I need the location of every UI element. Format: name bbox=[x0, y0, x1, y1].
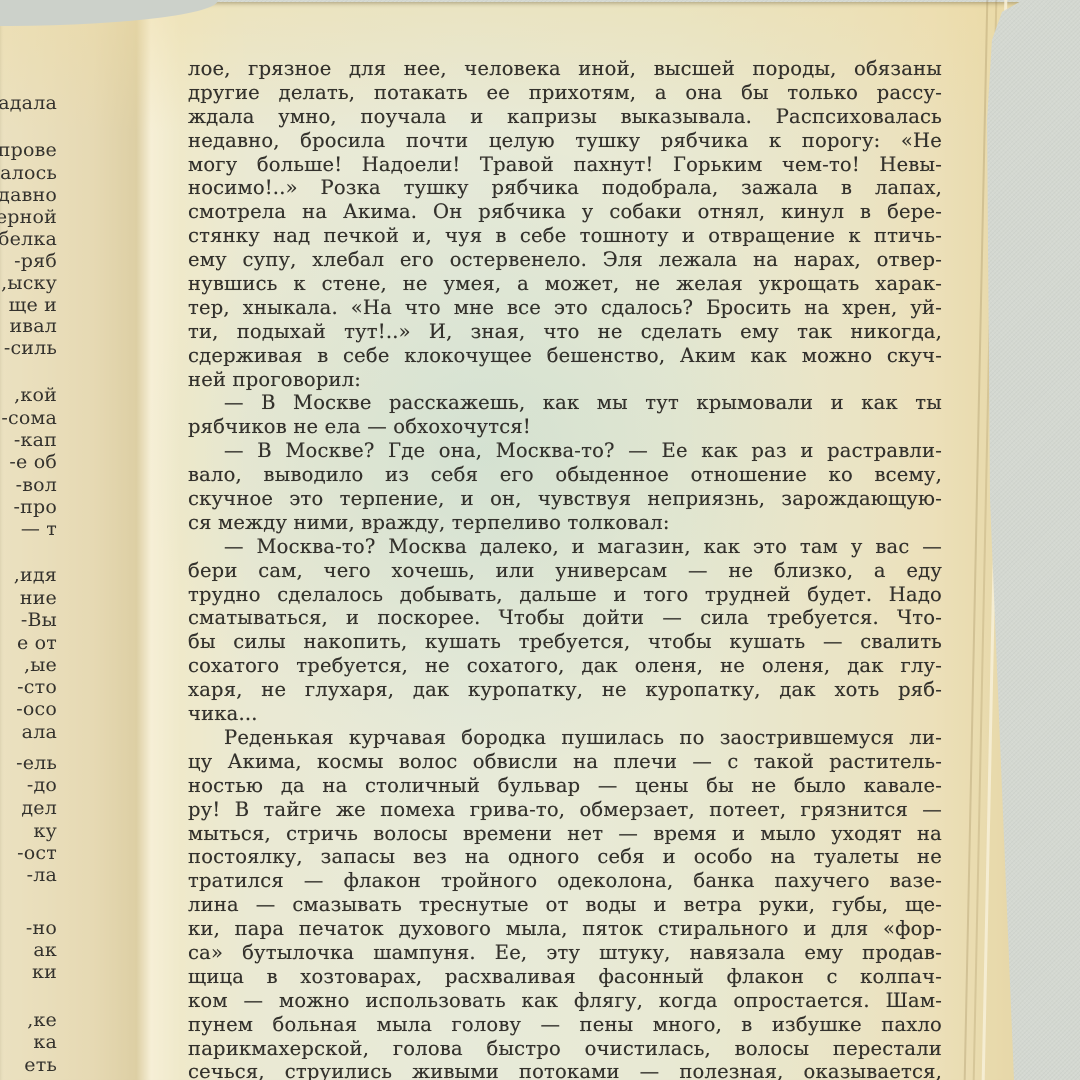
text-line-fragment: про- bbox=[0, 496, 57, 518]
text-line-fragment: т — bbox=[0, 518, 57, 540]
text-line: харя, не глухаря, дак куропатку, не куро… bbox=[188, 678, 942, 702]
text-line: пунем больная мыла голову — пены много, … bbox=[188, 1013, 942, 1037]
text-line: ти, подыхай тут!..» И, зная, что не сдел… bbox=[188, 320, 942, 344]
text-line: цу Акима, космы волос обвисли на плечи —… bbox=[188, 750, 942, 774]
text-line: лое, грязное для нее, человека иной, выс… bbox=[188, 57, 942, 81]
text-line-fragment: идя, bbox=[0, 564, 57, 586]
text-line: сдерживая в себе клокочущее бешенство, А… bbox=[188, 344, 942, 368]
text-line: трудно сделалось добывать, дальше и того… bbox=[188, 583, 942, 607]
text-line: носимо!..» Розка тушку рябчика подобрала… bbox=[188, 176, 942, 200]
text-line-fragment: ост- bbox=[0, 842, 57, 864]
text-line: тер, хныкала. «На что мне все это сдалос… bbox=[188, 296, 942, 320]
text-line-fragment: еть bbox=[0, 1054, 57, 1076]
text-line: са» бутылочка шампуня. Ее, эту штуку, на… bbox=[188, 941, 942, 965]
text-line-fragment: ка bbox=[0, 1031, 57, 1053]
text-line: чика... bbox=[188, 702, 942, 726]
text-line-fragment: кой, bbox=[0, 384, 57, 406]
text-line-fragment: ла- bbox=[0, 864, 57, 886]
text-line-fragment: ряб- bbox=[0, 250, 57, 272]
text-line: щица в хозтоварах, расхваливая фасонный … bbox=[188, 965, 942, 989]
text-line-fragment: е об- bbox=[0, 451, 57, 473]
text-line: лина — смазывать треснутые от воды и вет… bbox=[188, 893, 942, 917]
text-line: сматываться, и поскорее. Чтобы дойти — с… bbox=[188, 606, 942, 630]
text-line: сечься, струились живыми потоками — поле… bbox=[188, 1060, 942, 1080]
book-photo: адала,прове-залосьдавноернойбелка,ряб-ыс… bbox=[0, 0, 1080, 1080]
text-line-fragment: залось bbox=[0, 162, 57, 184]
text-line-fragment: ак bbox=[0, 939, 57, 961]
text-line: рябчиков не ела — обхохочутся! bbox=[188, 415, 942, 439]
text-line: бы силы накопить, кушать требуется, чтоб… bbox=[188, 630, 942, 654]
right-page-text-block: лое, грязное для нее, человека иной, выс… bbox=[188, 57, 942, 1080]
text-line-fragment: ние bbox=[0, 587, 57, 609]
text-line: сохатого требуется, не сохатого, дак оле… bbox=[188, 654, 942, 678]
text-line-fragment: ала bbox=[0, 721, 57, 743]
text-line: постоялку, запасы вез на одного себя и о… bbox=[188, 845, 942, 869]
text-line-fragment: прове- bbox=[0, 139, 57, 161]
text-line-fragment: силь- bbox=[0, 337, 57, 359]
text-line: скучное это терпение, и он, чувствуя неп… bbox=[188, 487, 942, 511]
text-line: тратился — флакон тройного одеколона, ба… bbox=[188, 869, 942, 893]
text-line-fragment: ки bbox=[0, 961, 57, 983]
text-line: недавно, бросила почти целую тушку рябчи… bbox=[188, 129, 942, 153]
text-line-fragment: ку bbox=[0, 820, 57, 842]
text-line: Реденькая курчавая бородка пушилась по з… bbox=[188, 726, 942, 750]
text-line: ся между ними, вражду, терпеливо толкова… bbox=[188, 511, 942, 535]
text-line: ностью да на столичный бульвар — цены бы… bbox=[188, 774, 942, 798]
text-line: ждала умно, поучала и капризы выказывала… bbox=[188, 105, 942, 129]
left-page-cutoff-text: адала,прове-залосьдавноернойбелка,ряб-ыс… bbox=[0, 2, 60, 1080]
text-line-fragment: сто- bbox=[0, 676, 57, 698]
text-line: стянку над печкой и, чуя в себе тошноту … bbox=[188, 224, 942, 248]
text-line: парикмахерской, голова быстро очистилась… bbox=[188, 1037, 942, 1061]
text-line-fragment: дел bbox=[0, 797, 57, 819]
open-book-pages: адала,прове-залосьдавноернойбелка,ряб-ыс… bbox=[0, 2, 1034, 1080]
text-line: ней проговорил: bbox=[188, 368, 942, 392]
text-line-fragment: ые, bbox=[0, 654, 57, 676]
text-line: — Москва-то? Москва далеко, и магазин, к… bbox=[188, 535, 942, 559]
text-line: — В Москве? Где она, Москва-то? — Ее как… bbox=[188, 439, 942, 463]
text-line-fragment: давно bbox=[0, 184, 57, 206]
text-line-fragment: вол- bbox=[0, 474, 57, 496]
text-line-fragment: ерной bbox=[0, 206, 57, 228]
text-line-fragment: до- bbox=[0, 774, 57, 796]
text-line-fragment: ивал bbox=[0, 315, 57, 337]
text-line-fragment: е от bbox=[0, 632, 57, 654]
text-line-fragment: осо- bbox=[0, 698, 57, 720]
text-line: ему супу, хлебал его остервенело. Эля ле… bbox=[188, 248, 942, 272]
text-line-fragment: ще и bbox=[0, 294, 57, 316]
text-line-fragment: сома- bbox=[0, 407, 57, 429]
text-line: ки, пара печаток духового мыла, пяток ст… bbox=[188, 917, 942, 941]
text-line-fragment: адала, bbox=[0, 92, 57, 114]
text-line: могу больше! Надоели! Травой пахнут! Гор… bbox=[188, 153, 942, 177]
text-line-fragment: ке, bbox=[0, 1009, 57, 1031]
text-line: смотрела на Акима. Он рябчика у собаки о… bbox=[188, 200, 942, 224]
text-line: другие делать, потакать ее прихотям, а о… bbox=[188, 81, 942, 105]
text-line: бери сам, чего хочешь, или универсам — н… bbox=[188, 559, 942, 583]
text-line-fragment: ель- bbox=[0, 752, 57, 774]
text-line: мыться, стричь волосы времени нет — врем… bbox=[188, 822, 942, 846]
text-line: — В Москве расскажешь, как мы тут крымов… bbox=[188, 391, 942, 415]
text-line-fragment: Вы- bbox=[0, 609, 57, 631]
text-line-fragment: ыску, bbox=[0, 272, 57, 294]
text-line: ком — можно использовать как флягу, когд… bbox=[188, 989, 942, 1013]
text-line-fragment: белка, bbox=[0, 228, 57, 250]
text-line-fragment: кап- bbox=[0, 429, 57, 451]
text-line: нувшись к стене, не умея, а может, не же… bbox=[188, 272, 942, 296]
text-line-fragment: но- bbox=[0, 917, 57, 939]
text-line: вало, выводило из себя его обыденное отн… bbox=[188, 463, 942, 487]
text-line: ру! В тайге же помеха грива-то, обмерзае… bbox=[188, 798, 942, 822]
